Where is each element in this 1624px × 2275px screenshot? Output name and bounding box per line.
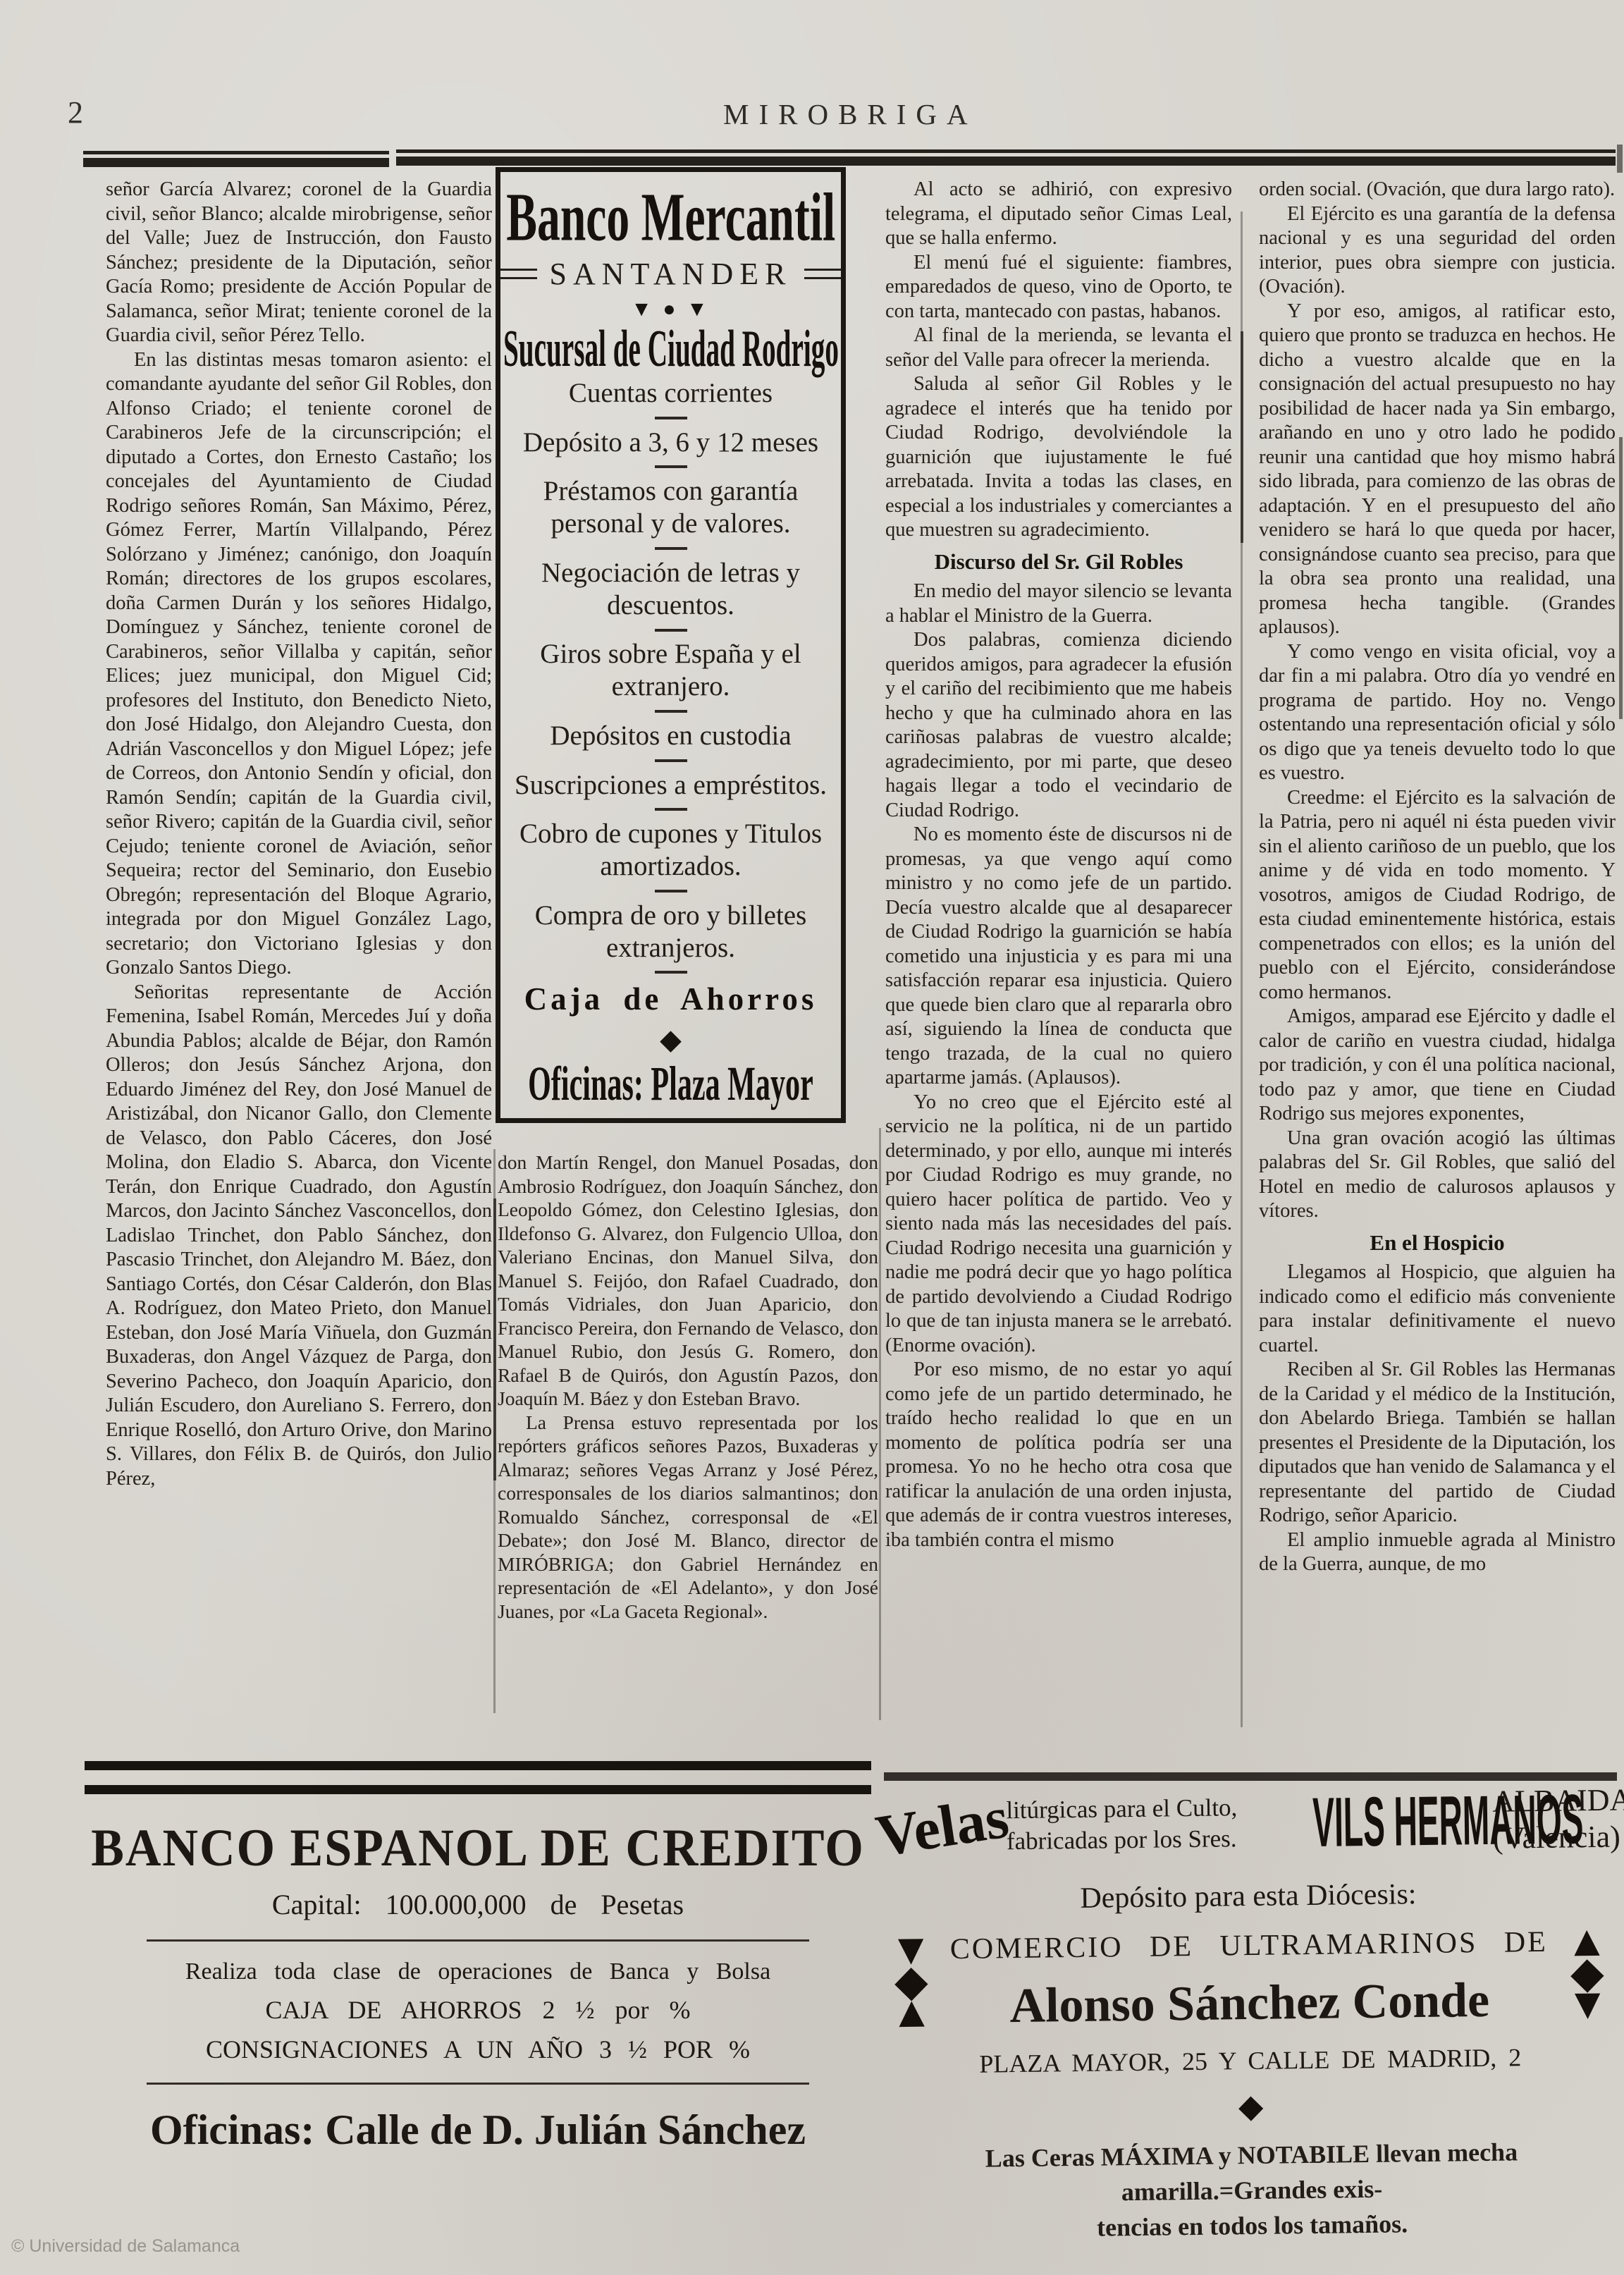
ad-banco-espanol: BANCO ESPANOL DE CREDITO Capital: 100.00… (85, 1802, 871, 2154)
divider-rule (655, 808, 687, 811)
paragraph: Una gran ovación acogió las últimas pala… (1259, 1127, 1616, 1224)
scan-artifact (1619, 437, 1623, 719)
paragraph: Señoritas representante de Acción Femeni… (106, 981, 492, 1492)
paragraph: Llegamos al Hospicio, que alguien ha ind… (1259, 1261, 1616, 1358)
ad-line: Realiza toda clase de operaciones de Ban… (85, 1958, 871, 1985)
column-rule (1241, 331, 1243, 543)
triangle-icon: ▼ (1565, 1989, 1609, 2020)
ad-city: SANTANDER (550, 256, 792, 292)
section-heading-hospicio: En el Hospicio (1259, 1231, 1616, 1256)
ad-address: PLAZA MAYOR, 25 Y CALLE DE MADRID, 2 (946, 2042, 1555, 2080)
header-rule (83, 151, 389, 154)
paragraph: En las distintas mesas tomaron asiento: … (106, 348, 492, 981)
column-3: Al acto se adhirió, con expresivo telegr… (885, 178, 1232, 1753)
ad-capital: Capital: 100.000,000 de Pesetas (85, 1888, 871, 1921)
paragraph: Dos palabras, comienza diciendo queridos… (885, 628, 1232, 823)
section-heading-discurso: Discurso del Sr. Gil Robles (885, 550, 1232, 575)
diamond-stack-ornament-icon: ▼ ◆ ▲ (878, 1934, 946, 2029)
bowtie-ornament-icon: ▼ ● ▼ (631, 298, 710, 321)
ad-maker-name: VILS HERMANOS (1312, 1779, 1584, 1863)
paragraph: Amigos, amparad ese Ejército y dadle el … (1259, 1005, 1616, 1127)
section-rule (85, 1785, 871, 1794)
paragraph: El amplio inmueble agrada al Ministro de… (1259, 1528, 1616, 1577)
column-rule (879, 1128, 881, 1720)
ad-service: Suscripciones a empréstitos. (515, 769, 827, 802)
masthead-title: MIROBRIGA (723, 97, 978, 131)
ad-center-block: Depósito para esta Diócesis: COMERCIO DE… (944, 1876, 1555, 2080)
paragraph: don Martín Rengel, don Manuel Posadas, d… (498, 1151, 878, 1411)
ad-deposit-label: Depósito para esta Diócesis: (944, 1876, 1554, 1918)
diamond-stack-ornament-icon: ▲ ◆ ▼ (1554, 1926, 1622, 2021)
divider-rule (655, 890, 687, 893)
ad-offices: Oficinas: Calle de D. Julián Sánchez (85, 2106, 871, 2154)
paragraph: En medio del mayor silencio se levanta a… (885, 580, 1232, 628)
ad-title: BANCO ESPANOL DE CREDITO (91, 1818, 865, 1879)
ad-owner: Alonso Sánchez Conde (945, 1972, 1554, 2036)
divider-rule (655, 759, 687, 762)
ad-service: Giros sobre España y el extranjero. (505, 638, 837, 703)
divider-rule (147, 2083, 809, 2085)
ad-offices: Oficinas: Plaza Mayor (528, 1055, 813, 1111)
ad-service: Negociación de letras y descuentos. (505, 557, 837, 622)
column-1: señor García Alvarez; coronel de la Guar… (106, 178, 492, 1746)
paragraph: Creedme: el Ejército es la salvación de … (1259, 786, 1616, 1005)
ad-title: Banco Mercantil (506, 179, 835, 257)
divider-rule (655, 547, 687, 550)
ad-note: Las Ceras MÁXIMA y NOTABILE llevan mecha… (880, 2133, 1624, 2248)
header-rule (83, 158, 389, 167)
diamond-ornament-icon: ◆ (660, 1023, 682, 1056)
triangle-icon: ▲ (890, 1997, 933, 2029)
paragraph: Por eso mismo, de no estar yo aquí como … (885, 1358, 1232, 1552)
ad-note-line: Las Ceras MÁXIMA y NOTABILE llevan mecha… (880, 2133, 1623, 2213)
ad-branch: Sucursal de Ciudad Rodrigo (503, 319, 839, 379)
divider-rule (655, 629, 687, 632)
ad-service: Depósitos en custodia (550, 720, 791, 752)
ad-service: Compra de oro y billetes extranjeros. (505, 900, 837, 964)
ad-line: CAJA DE AHORROS 2 ½ por % (85, 1995, 871, 2025)
ad-offices-row: ◆ Oficinas: Plaza Mayor ◆ (496, 1062, 846, 1105)
diamond-ornament-icon: ◆ (879, 2083, 1623, 2130)
paragraph: señor García Alvarez; coronel de la Guar… (106, 178, 492, 348)
ad-service: Cuentas corrientes (569, 377, 773, 410)
paragraph: La Prensa estuvo representada por los re… (498, 1411, 878, 1624)
ad-banco-mercantil: Banco Mercantil SANTANDER ▼ ● ▼ Sucursal… (496, 167, 846, 1123)
ad-city-row: SANTANDER (496, 256, 846, 292)
ad-commerce-line: COMERCIO DE ULTRAMARINOS DE (945, 1925, 1554, 1967)
ad-service: Préstamos con garantía personal y de val… (505, 475, 837, 540)
ad-line: CONSIGNACIONES A UN AÑO 3 ½ POR % (85, 2035, 871, 2064)
paragraph: orden social. (Ovación, que dura largo r… (1259, 178, 1616, 202)
ad-tagline: litúrgicas para el Culto, fabricadas por… (1006, 1792, 1260, 1857)
divider-rule (655, 465, 687, 468)
paragraph: El Ejército es una garantía de la defens… (1259, 202, 1616, 300)
ad-header-row: Velas litúrgicas para el Culto, fabricad… (875, 1782, 1619, 1865)
column-4: orden social. (Ovación, que dura largo r… (1259, 178, 1616, 1746)
ad-maker: VILS HERMANOS (1260, 1794, 1493, 1849)
ad-middle: ▼ ◆ ▲ Depósito para esta Diócesis: COMER… (877, 1875, 1622, 2080)
header-rule (396, 157, 1616, 166)
paragraph: Y como vengo en visita oficial, voy a da… (1259, 640, 1616, 786)
paragraph: Saluda al señor Gil Robles y le agradece… (885, 372, 1232, 543)
divider-rule (147, 1939, 809, 1942)
paragraph: Y por eso, amigos, al ratificar esto, qu… (1259, 300, 1616, 640)
divider-rule (655, 417, 687, 419)
paragraph: Al acto se adhirió, con expresivo telegr… (885, 178, 1232, 251)
divider-rule (655, 971, 687, 974)
paragraph: No es momento éste de discursos ni de pr… (885, 823, 1232, 1091)
column-rule (493, 1198, 496, 1480)
scan-artifact (1617, 145, 1623, 173)
divider-rule (655, 710, 687, 713)
header-rule (396, 149, 1616, 153)
double-rule-icon (496, 269, 537, 279)
ad-savings-label: Caja de Ahorros (524, 981, 818, 1017)
ad-tagline-line: fabricadas por los Sres. (1007, 1823, 1261, 1857)
column-2: don Martín Rengel, don Manuel Posadas, d… (498, 1151, 878, 1757)
double-rule-icon (804, 269, 846, 279)
ad-service: Depósito a 3, 6 y 12 meses (523, 427, 818, 459)
paragraph: Al final de la merienda, se levanta el s… (885, 324, 1232, 372)
library-watermark: © Universidad de Salamanca (11, 2236, 240, 2257)
ad-brand: Velas (871, 1783, 1011, 1870)
paragraph: Yo no creo que el Ejército esté al servi… (885, 1091, 1232, 1359)
ad-velas-vils-hermanos: Velas litúrgicas para el Culto, fabricad… (875, 1782, 1624, 2248)
paragraph: Reciben al Sr. Gil Robles las Hermanas d… (1259, 1358, 1616, 1528)
page-number: 2 (68, 94, 83, 130)
section-rule (85, 1761, 871, 1770)
ad-service: Cobro de cupones y Titulos amortizados. (505, 818, 837, 883)
ad-tagline-line: litúrgicas para el Culto, (1006, 1792, 1260, 1826)
newspaper-page: 2 MIROBRIGA señor García Alvarez; corone… (0, 0, 1624, 2275)
paragraph: El menú fué el siguiente: fiambres, empa… (885, 251, 1232, 324)
